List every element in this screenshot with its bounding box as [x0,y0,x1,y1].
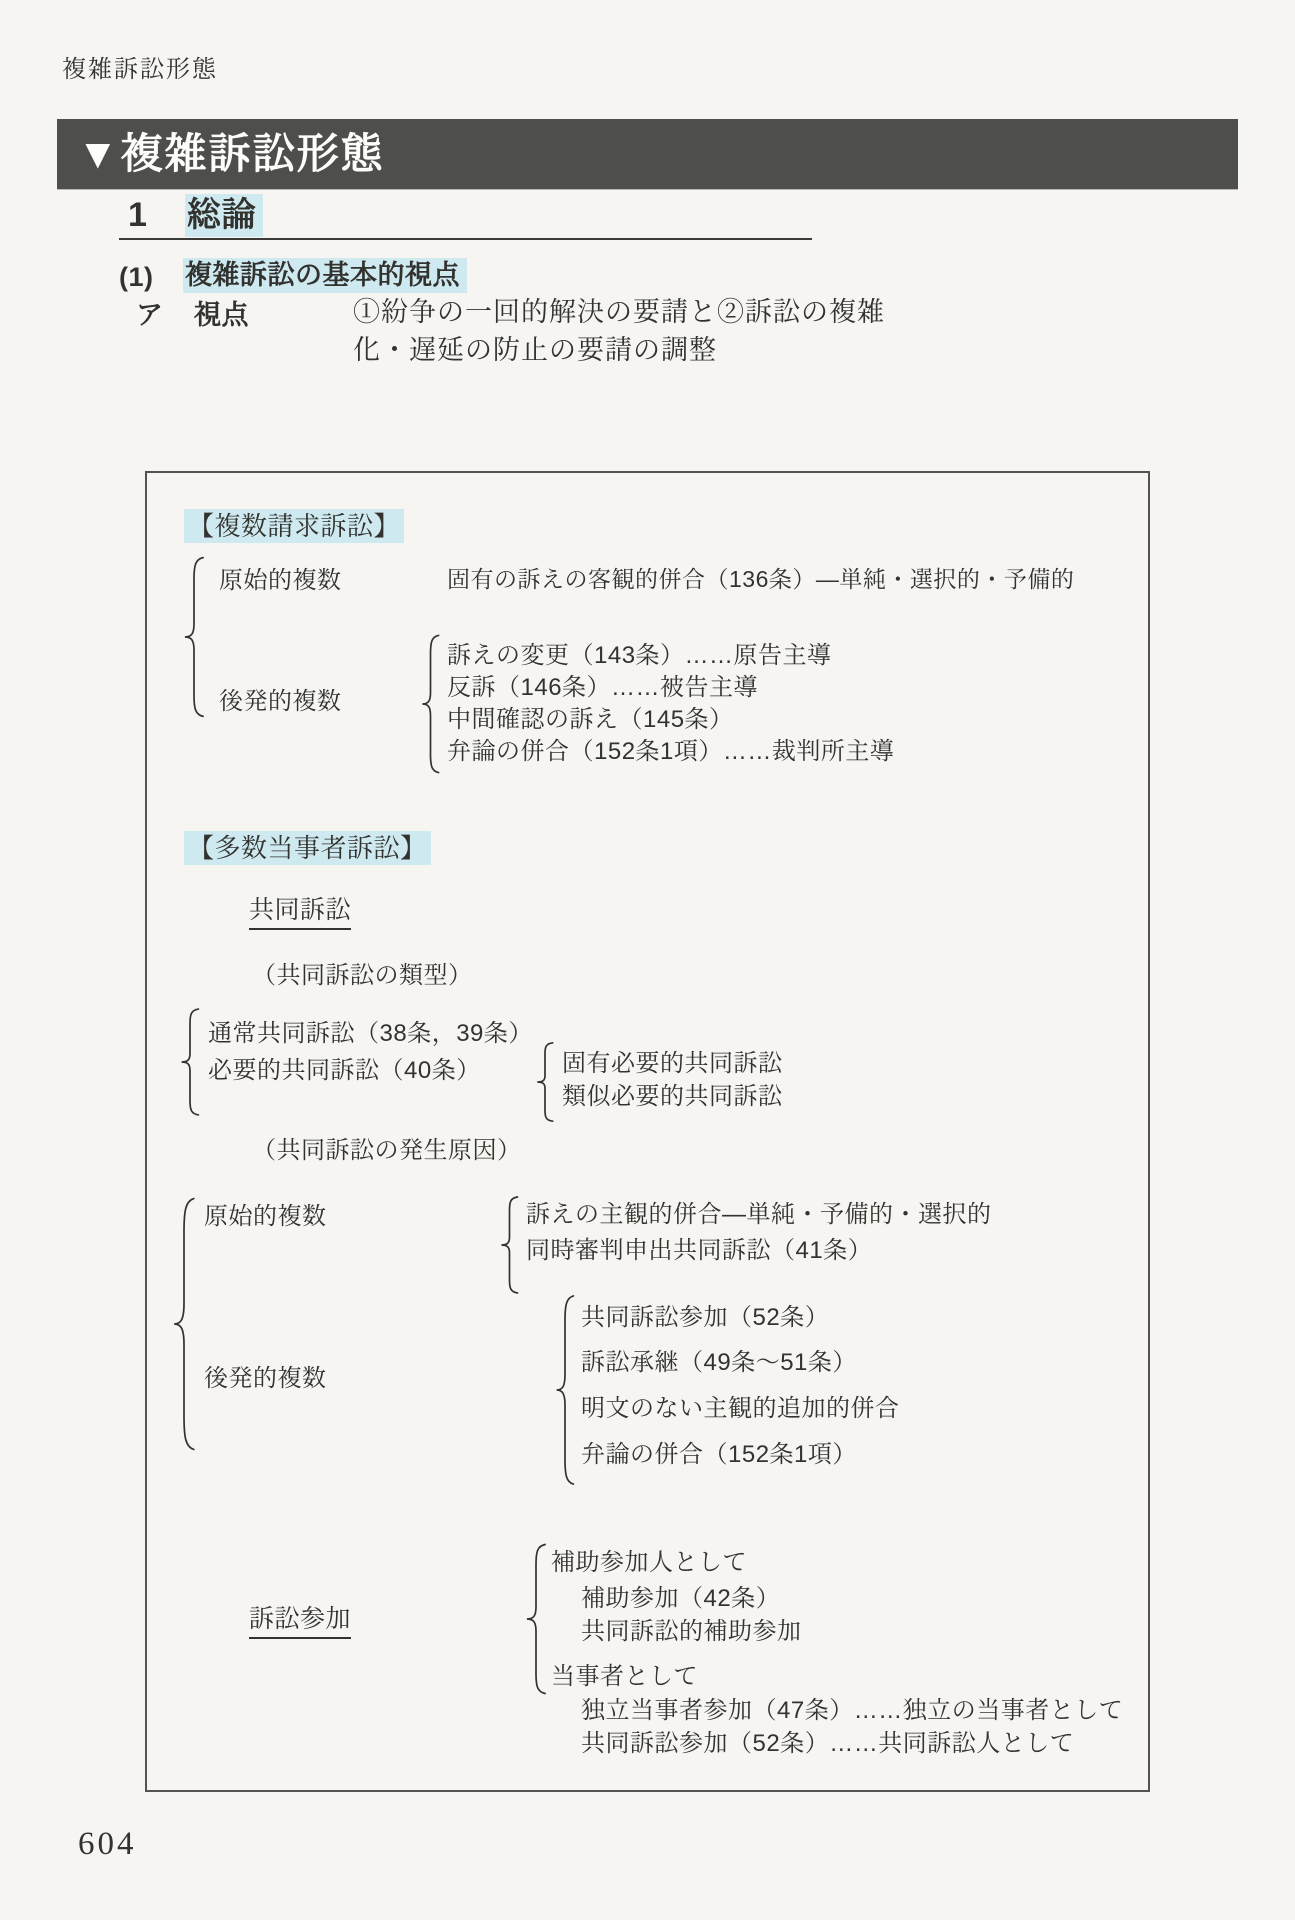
multi-claim-sub-item: 訴えの変更（143条）……原告主導 [447,641,832,671]
intervention-assistant-label: 補助参加人として [551,1548,747,1578]
causes-original-item: 訴えの主観的併合―単純・予備的・選択的 [526,1200,992,1230]
causes-original-item: 同時審判申出共同訴訟（41条） [526,1236,872,1266]
joint-causes-heading: （共同訴訟の発生原因） [252,1136,522,1166]
curly-brace-necessary-sub [534,1042,556,1122]
multi-claim-subsequent-label: 後発的複数 [219,687,342,717]
curly-brace-joint-types [178,1008,202,1116]
causes-original-label: 原始的複数 [204,1202,327,1232]
intervention-assistant-item: 共同訴訟的補助参加 [581,1617,802,1647]
joint-necessary-sub-item: 固有必要的共同訴訟 [562,1049,783,1079]
chapter-banner: ▼複雑訴訟形態 [57,119,1238,189]
multi-party-heading: 【多数当事者訴訟】 [184,831,431,865]
section-underline [119,238,812,240]
curly-brace-multi-claim [181,556,207,718]
causes-subsequent-item: 弁論の併合（152条1項） [581,1440,857,1470]
viewpoint-line-1: ①紛争の一回的解決の要請と②訴訟の複雑 [353,296,885,330]
joint-litigation-title: 共同訴訟 [249,896,351,930]
multi-claim-sub-item: 中間確認の訴え（145条） [447,705,734,735]
causes-subsequent-label: 後発的複数 [204,1364,327,1394]
curly-brace-joint-causes [170,1196,198,1452]
curly-brace-intervention [523,1543,549,1695]
intervention-party-item: 共同訴訟参加（52条）……共同訴訟人として [581,1729,1074,1759]
causes-subsequent-item: 共同訴訟参加（52条） [581,1303,829,1333]
book-page: 複雑訴訟形態 ▼複雑訴訟形態 1 総論 (1) 複雑訴訟の基本的視点 ア 視点 … [0,0,1295,1920]
page-number: 604 [78,1824,137,1865]
item-label: ア [136,299,164,333]
intervention-party-item: 独立当事者参加（47条）……独立の当事者として [581,1696,1123,1726]
multi-claim-sub-item: 弁論の併合（152条1項）……裁判所主導 [447,737,894,767]
causes-subsequent-item: 明文のない主観的追加的併合 [581,1394,900,1424]
running-header: 複雑訴訟形態 [62,55,218,85]
curly-brace-causes-subsequent [553,1294,577,1486]
joint-ordinary: 通常共同訴訟（38条，39条） [208,1019,533,1049]
causes-subsequent-item: 訴訟承継（49条～51条） [581,1348,857,1378]
multi-claim-original-label: 原始的複数 [219,566,342,596]
section-title: 総論 [185,194,263,237]
curly-brace-multi-claim-subsequent [419,634,442,774]
joint-necessary-sub-item: 類似必要的共同訴訟 [562,1082,783,1112]
multi-claim-sub-item: 反訴（146条）……被告主導 [447,673,758,703]
joint-types-heading: （共同訴訟の類型） [252,961,473,991]
chapter-banner-title: ▼複雑訴訟形態 [57,119,1238,189]
item-title: 視点 [194,299,249,333]
subsection-title: 複雑訴訟の基本的視点 [183,258,467,293]
viewpoint-line-2: 化・遅延の防止の要請の調整 [353,334,717,368]
intervention-title: 訴訟参加 [249,1605,351,1639]
joint-necessary: 必要的共同訴訟（40条） [208,1056,481,1086]
section-number: 1 [128,194,147,237]
curly-brace-causes-original [498,1196,521,1294]
multi-claim-original-content: 固有の訴えの客観的併合（136条）―単純・選択的・予備的 [447,565,1074,594]
intervention-assistant-item: 補助参加（42条） [581,1584,780,1614]
subsection-label: (1) [119,261,154,295]
intervention-party-label: 当事者として [551,1662,698,1692]
multi-claim-heading: 【複数請求訴訟】 [184,509,404,543]
